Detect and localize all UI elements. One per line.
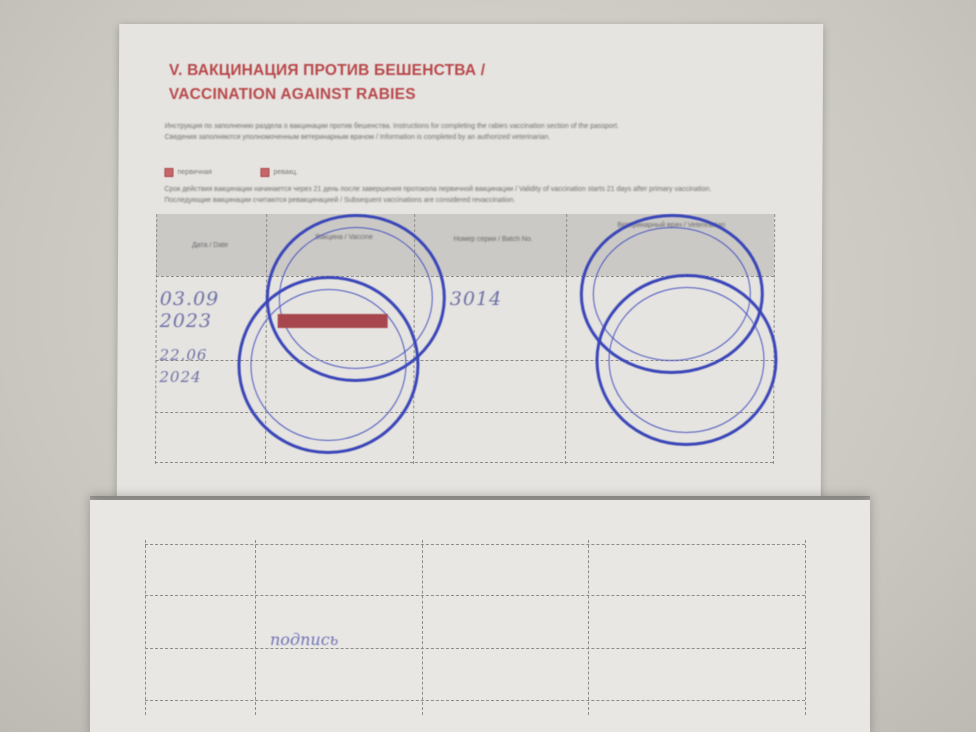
- header-batch: Номер серии / Batch No.: [418, 236, 568, 243]
- table-divider: [255, 540, 256, 715]
- handwritten-signature: подпись: [270, 630, 338, 649]
- instruction-line: Срок действия вакцинации начинается чере…: [164, 184, 764, 195]
- checkbox-primary: первичная: [164, 168, 211, 177]
- table-divider: [145, 540, 146, 715]
- checkbox-label: первичная: [177, 169, 211, 176]
- table-divider: [588, 540, 589, 715]
- table-divider: [155, 462, 773, 463]
- checkbox-revaccination: ревакц.: [260, 168, 297, 177]
- section-title-ru: V. ВАКЦИНАЦИЯ ПРОТИВ БЕШЕНСТВА /: [169, 62, 485, 80]
- passport-page-rabies: V. ВАКЦИНАЦИЯ ПРОТИВ БЕШЕНСТВА / VACCINA…: [117, 24, 823, 500]
- table-divider: [145, 700, 805, 701]
- header-date: Дата / Date: [160, 242, 260, 249]
- table-divider: [155, 214, 157, 464]
- vaccination-date-1: 03.09 2023: [160, 288, 250, 332]
- section-title-en: VACCINATION AGAINST RABIES: [169, 86, 416, 104]
- instruction-text-1: Инструкция по заполнению раздела о вакци…: [165, 121, 765, 143]
- table-divider: [145, 595, 805, 596]
- checkbox-label: ревакц.: [273, 169, 297, 176]
- table-divider: [565, 214, 567, 464]
- veterinarian-stamp: [595, 274, 778, 446]
- passport-page-next: подпись: [90, 500, 870, 732]
- table-divider: [422, 540, 423, 715]
- table-divider: [805, 540, 806, 715]
- vaccination-date-2: 22.06 2024: [159, 344, 249, 388]
- checkbox-icon: [164, 168, 173, 177]
- batch-number-1: 3014: [450, 288, 502, 310]
- table-divider: [145, 648, 805, 649]
- vet-clinic-stamp: [237, 276, 420, 454]
- instruction-line: Инструкция по заполнению раздела о вакци…: [165, 121, 765, 132]
- vaccine-sticker-label: [278, 314, 388, 328]
- instruction-line: Сведения заполняются уполномоченным вете…: [165, 132, 765, 143]
- instruction-text-2: Срок действия вакцинации начинается чере…: [164, 184, 764, 206]
- instruction-line: Последующие вакцинации считаются ревакци…: [164, 195, 764, 206]
- checkbox-icon: [260, 168, 269, 177]
- table-divider: [145, 544, 805, 545]
